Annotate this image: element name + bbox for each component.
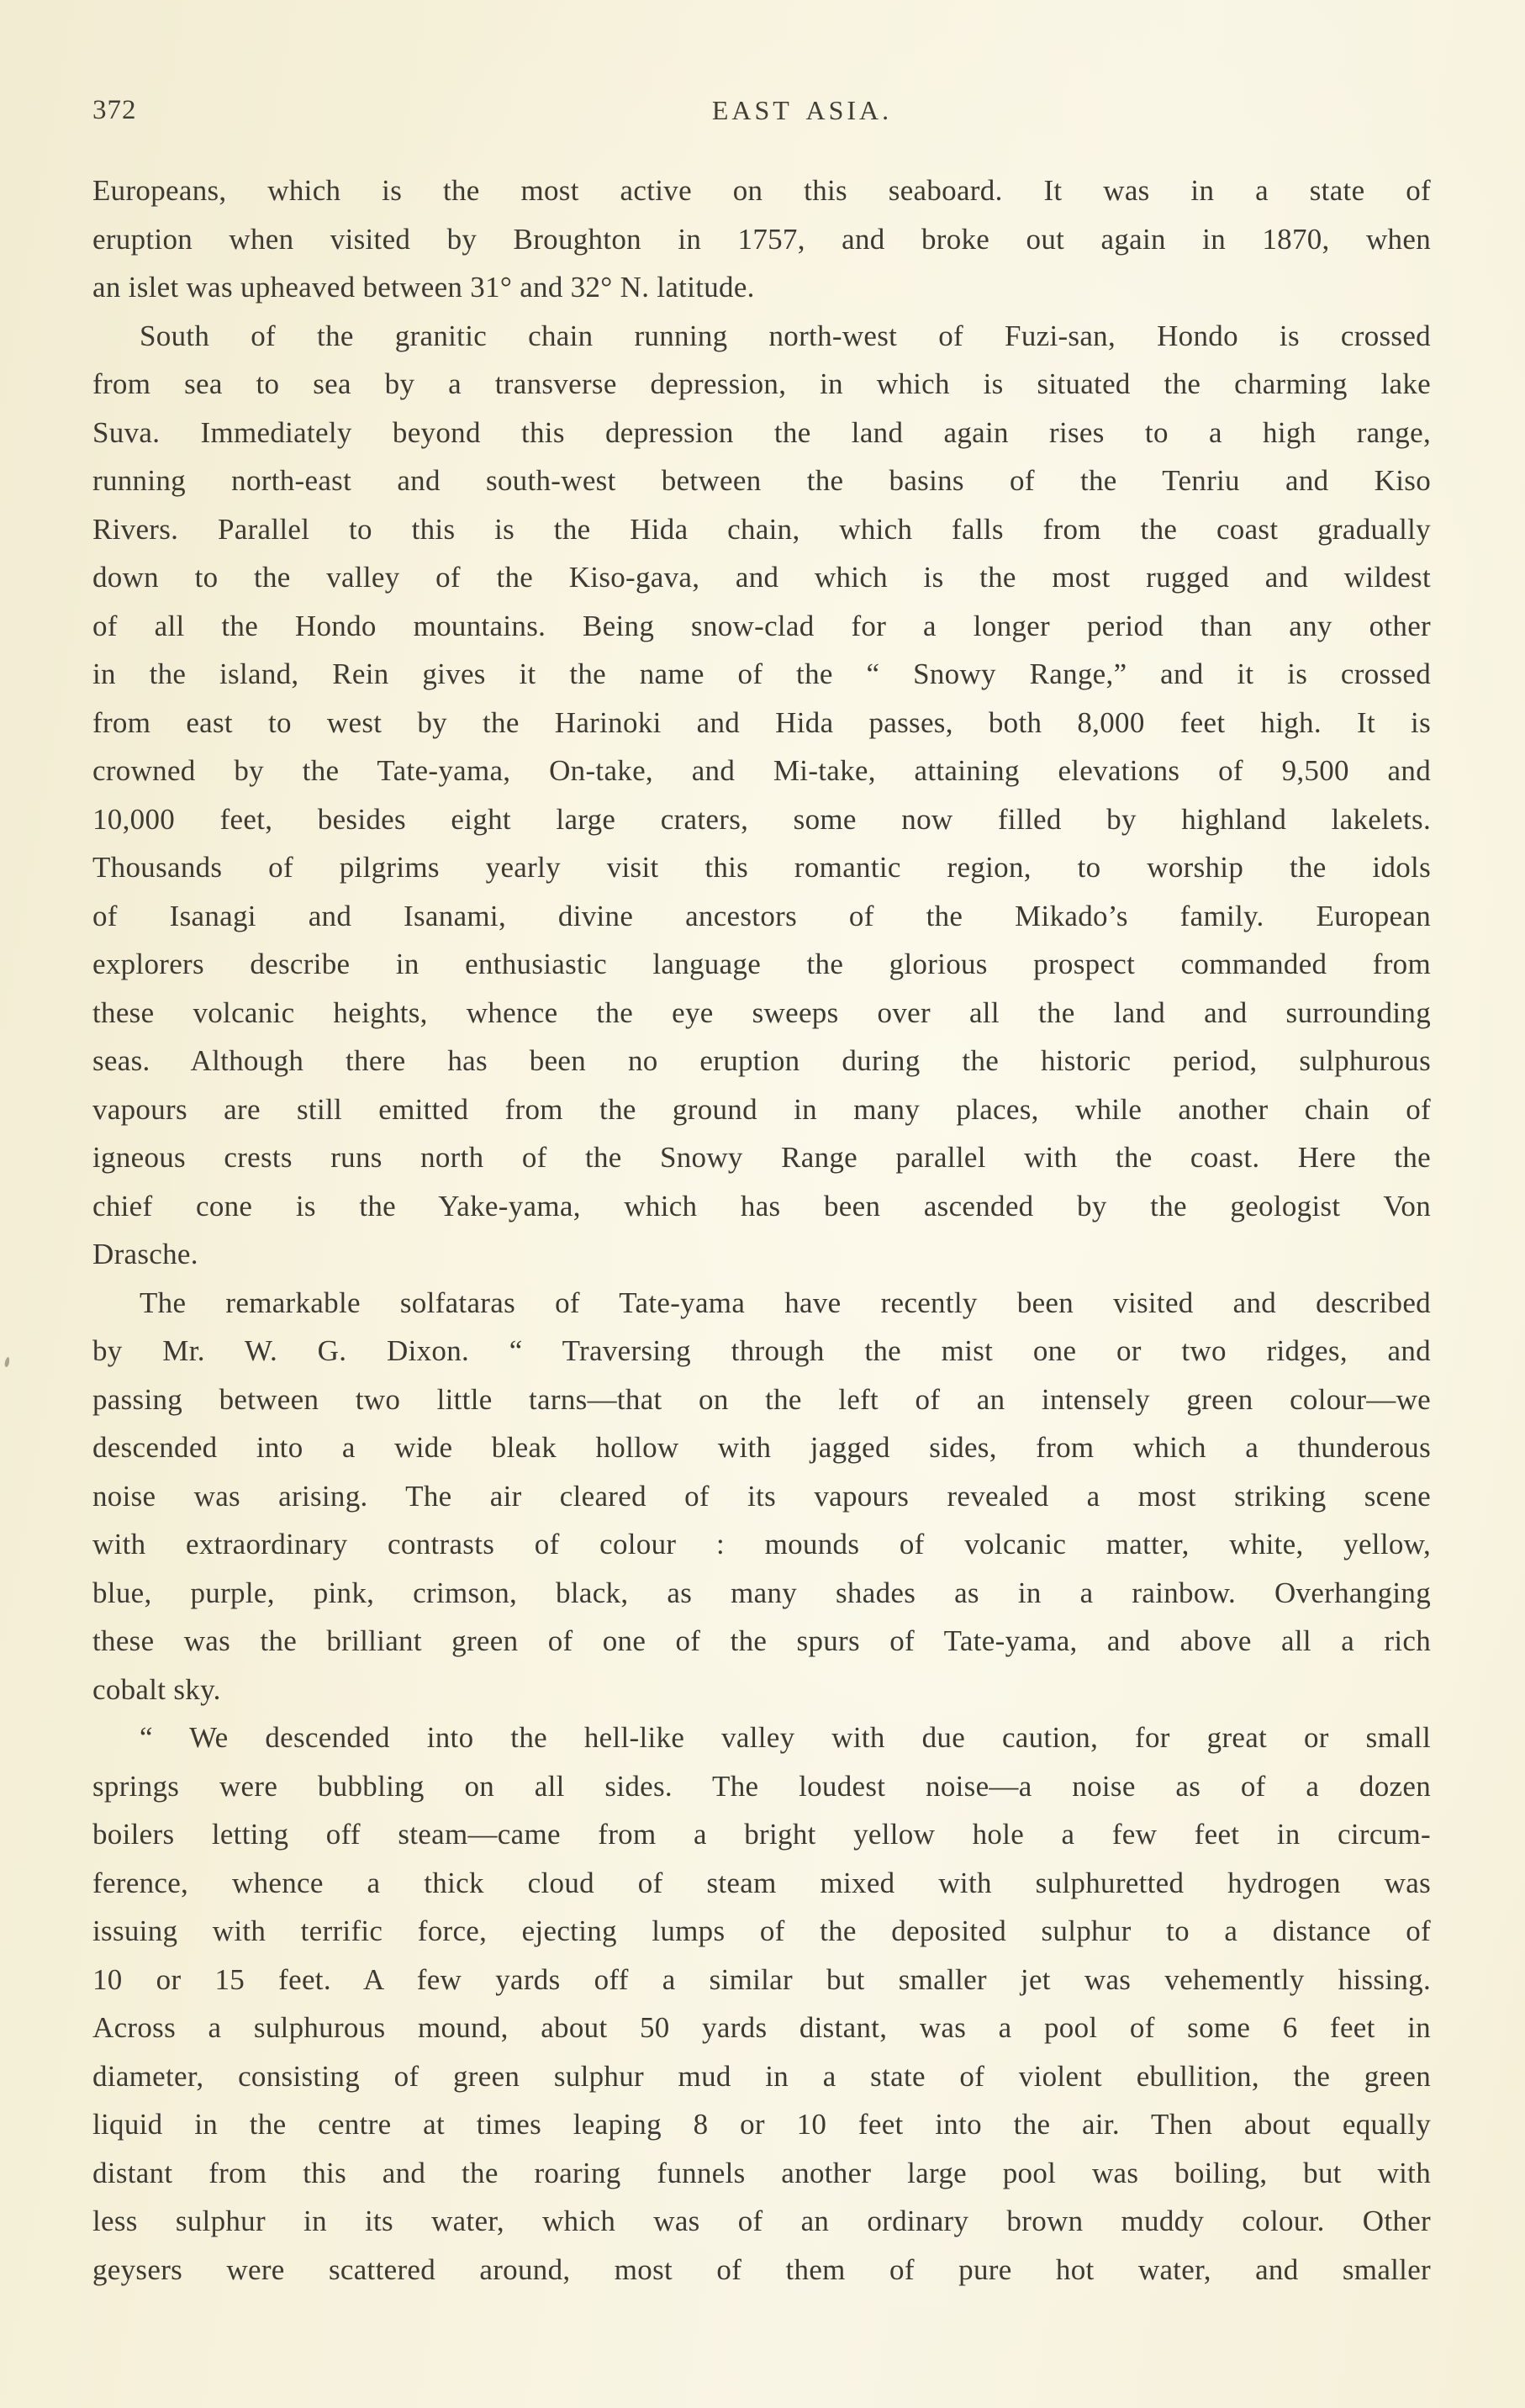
- body-text: Europeans, which is the most active on t…: [92, 166, 1431, 2294]
- text-line: passing between two little tarns—that on…: [92, 1376, 1431, 1424]
- text-line: 10 or 15 feet. A few yards off a similar…: [92, 1956, 1431, 2004]
- text-line: of all the Hondo mountains. Being snow-c…: [92, 602, 1431, 651]
- text-line: of Isanagi and Isanami, divine ancestors…: [92, 892, 1431, 941]
- text-line: these was the brilliant green of one of …: [92, 1617, 1431, 1666]
- text-line: with extraordinary contrasts of colour :…: [92, 1520, 1431, 1569]
- text-line: descended into a wide bleak hollow with …: [92, 1423, 1431, 1472]
- text-line: 10,000 feet, besides eight large craters…: [92, 795, 1431, 844]
- text-line: cobalt sky.: [92, 1666, 1431, 1714]
- text-line: from east to west by the Harinoki and Hi…: [92, 699, 1431, 747]
- ink-speck: [4, 1357, 10, 1368]
- text-line: less sulphur in its water, which was of …: [92, 2197, 1431, 2246]
- text-line: these volcanic heights, whence the eye s…: [92, 989, 1431, 1038]
- text-line: Rivers. Parallel to this is the Hida cha…: [92, 505, 1431, 554]
- text-line: liquid in the centre at times leaping 8 …: [92, 2100, 1431, 2149]
- text-line: Across a sulphurous mound, about 50 yard…: [92, 2004, 1431, 2052]
- text-line: Drasche.: [92, 1230, 1431, 1279]
- text-line: ference, whence a thick cloud of steam m…: [92, 1859, 1431, 1908]
- text-line: eruption when visited by Broughton in 17…: [92, 215, 1431, 264]
- text-line: igneous crests runs north of the Snowy R…: [92, 1133, 1431, 1182]
- running-header: EAST ASIA.: [133, 95, 1471, 126]
- text-line: distant from this and the roaring funnel…: [92, 2149, 1431, 2198]
- text-line: diameter, consisting of green sulphur mu…: [92, 2052, 1431, 2101]
- text-line: boilers letting off steam—came from a br…: [92, 1810, 1431, 1859]
- text-line: geysers were scattered around, most of t…: [92, 2246, 1431, 2294]
- text-line: Thousands of pilgrims yearly visit this …: [92, 843, 1431, 892]
- text-line: noise was arising. The air cleared of it…: [92, 1472, 1431, 1521]
- text-line: Suva. Immediately beyond this depression…: [92, 409, 1431, 457]
- text-line: an islet was upheaved between 31° and 32…: [92, 263, 1431, 312]
- text-line: explorers describe in enthusiastic langu…: [92, 940, 1431, 989]
- text-line: from sea to sea by a transverse depressi…: [92, 360, 1431, 409]
- page-number: 372: [92, 95, 137, 126]
- text-line: crowned by the Tate-yama, On-take, and M…: [92, 747, 1431, 795]
- text-line: blue, purple, pink, crimson, black, as m…: [92, 1569, 1431, 1618]
- text-line: Europeans, which is the most active on t…: [92, 166, 1431, 215]
- text-line: “ We descended into the hell-like valley…: [92, 1714, 1431, 1762]
- text-line: running north-east and south-west betwee…: [92, 457, 1431, 505]
- text-line: springs were bubbling on all sides. The …: [92, 1762, 1431, 1811]
- text-line: South of the granitic chain running nort…: [92, 312, 1431, 361]
- text-line: vapours are still emitted from the groun…: [92, 1085, 1431, 1134]
- text-line: in the island, Rein gives it the name of…: [92, 650, 1431, 699]
- text-line: issuing with terrific force, ejecting lu…: [92, 1907, 1431, 1956]
- page-header: 372 EAST ASIA.: [92, 95, 1431, 132]
- text-line: by Mr. W. G. Dixon. “ Traversing through…: [92, 1327, 1431, 1376]
- text-line: The remarkable solfataras of Tate-yama h…: [92, 1279, 1431, 1328]
- text-line: chief cone is the Yake-yama, which has b…: [92, 1182, 1431, 1231]
- text-line: down to the valley of the Kiso-gava, and…: [92, 553, 1431, 602]
- text-line: seas. Although there has been no eruptio…: [92, 1037, 1431, 1085]
- book-page: 372 EAST ASIA. Europeans, which is the m…: [0, 0, 1525, 2408]
